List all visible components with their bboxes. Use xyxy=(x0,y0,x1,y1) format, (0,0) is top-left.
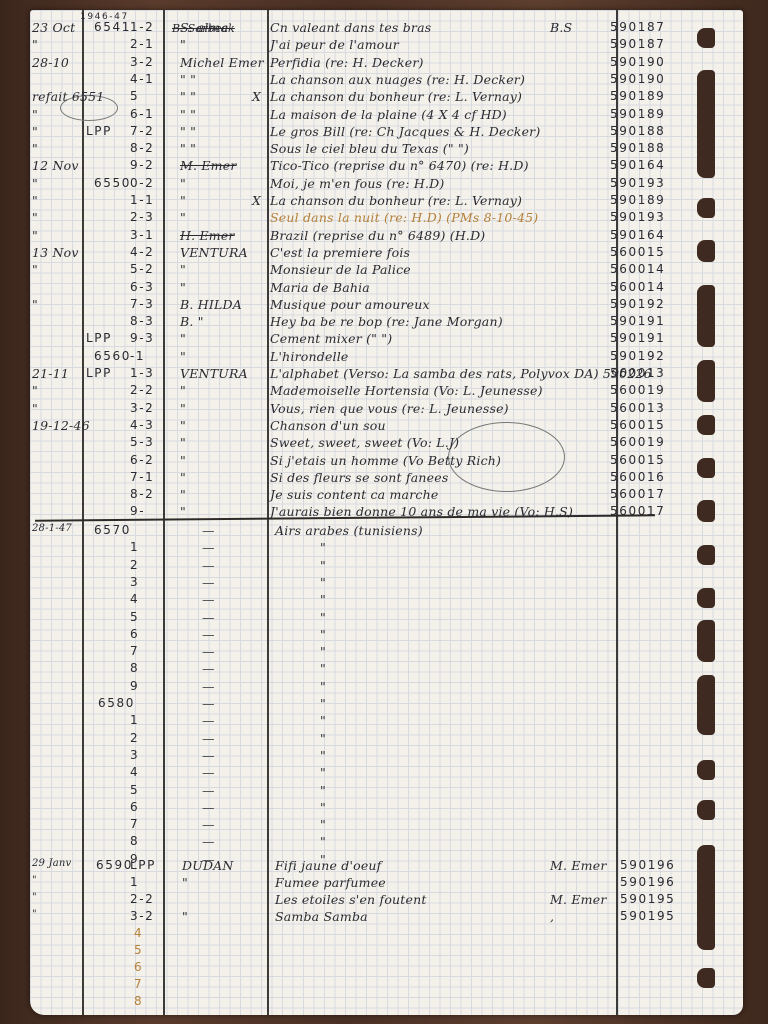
row-artist: VENTURA xyxy=(180,245,248,260)
block-take: 4 xyxy=(130,765,139,779)
row-catalog: 590190 xyxy=(610,72,665,86)
row-performer: M. Emer xyxy=(550,892,607,907)
binder-hole xyxy=(697,968,715,988)
row-artist: " xyxy=(180,383,186,398)
row-catalog: 590188 xyxy=(610,141,665,155)
empty-take: 4 xyxy=(134,926,143,940)
row-matrix: 6590 xyxy=(96,858,133,872)
row-take: 1 xyxy=(130,875,139,889)
row-take: 4-3 xyxy=(130,418,154,432)
artist-dash: — xyxy=(202,523,215,538)
row-catalog: 590196 xyxy=(620,875,675,889)
row-take: 2-3 xyxy=(130,210,154,224)
row-take: 8-2 xyxy=(130,141,154,155)
ditto-mark: " xyxy=(320,644,326,659)
row-artist: B. " xyxy=(180,314,204,329)
row-take: 7-2 xyxy=(130,124,154,138)
row-title: Fumee parfumee xyxy=(275,875,386,890)
block-matrix: 6580 xyxy=(98,696,135,710)
block-take: 7 xyxy=(130,644,139,658)
row-date: " xyxy=(32,892,37,903)
row-catalog: 590195 xyxy=(620,909,675,923)
row-catalog: 590189 xyxy=(610,107,665,121)
row-take: 5 xyxy=(130,89,139,103)
row-title: Samba Samba xyxy=(275,909,368,924)
block-take: 6 xyxy=(130,800,139,814)
artist-dash: — xyxy=(202,592,215,607)
artist-dash: — xyxy=(202,558,215,573)
binder-hole xyxy=(697,458,715,478)
block-take: 3 xyxy=(130,575,139,589)
row-take: 5-2 xyxy=(130,262,154,276)
block-take: 5 xyxy=(130,783,139,797)
row-catalog: 590192 xyxy=(610,349,665,363)
ditto-mark: " xyxy=(320,713,326,728)
row-take: 3-1 xyxy=(130,228,154,242)
row-date: " xyxy=(32,262,38,277)
artist-dash: — xyxy=(202,540,215,555)
row-title: Tico-Tico (reprise du n° 6470) (re: H.D) xyxy=(270,158,529,173)
row-take: 9-2 xyxy=(130,158,154,172)
row-catalog: 590187 xyxy=(610,20,665,34)
ditto-mark: " xyxy=(320,834,326,849)
row-artist: " xyxy=(180,210,186,225)
row-date: 12 Nov xyxy=(32,158,79,173)
row-catalog: 590196 xyxy=(620,858,675,872)
row-title: Hey ba be re bop (re: Jane Morgan) xyxy=(270,314,503,329)
block-take: 9 xyxy=(130,679,139,693)
row-catalog: 590193 xyxy=(610,210,665,224)
row-take: 1-3 xyxy=(130,366,154,380)
row-mark: X xyxy=(252,193,261,208)
row-title: La maison de la plaine (4 X 4 cf HD) xyxy=(270,107,507,122)
row-artist: " xyxy=(180,331,186,346)
row-take: 3-2 xyxy=(130,401,154,415)
binder-hole xyxy=(697,285,715,347)
binder-hole xyxy=(697,240,715,262)
row-title: L'hirondelle xyxy=(270,349,349,364)
block-take: 2 xyxy=(130,558,139,572)
row-artist: " " xyxy=(180,107,196,122)
binder-hole xyxy=(697,360,715,402)
row-title: Chanson d'un sou xyxy=(270,418,386,433)
column-divider xyxy=(267,10,269,1015)
block-take: 1 xyxy=(130,713,139,727)
block-take: 7 xyxy=(130,817,139,831)
row-title: Sous le ciel bleu du Texas (" ") xyxy=(270,141,469,156)
row-date: " xyxy=(32,401,38,416)
row-take: -1 xyxy=(130,349,145,363)
artist-dash: — xyxy=(202,627,215,642)
row-take: 9-3 xyxy=(130,331,154,345)
binder-hole xyxy=(697,675,715,735)
row-take: 1-1 xyxy=(130,193,154,207)
row-title: Cement mixer (" ") xyxy=(270,331,392,346)
block-take: 8 xyxy=(130,834,139,848)
row-catalog: 560014 xyxy=(610,280,665,294)
block-take: 8 xyxy=(130,661,139,675)
row-date: " xyxy=(32,210,38,225)
empty-take: 7 xyxy=(134,977,143,991)
row-catalog: 590191 xyxy=(610,331,665,345)
row-title: J'aurais bien donne 10 ans de ma vie (Vo… xyxy=(270,504,573,519)
row-title: Seul dans la nuit (re: H.D) (PMs 8-10-45… xyxy=(270,210,538,225)
block-take: 5 xyxy=(130,610,139,624)
row-title: Si j'etais un homme (Vo Betty Rich) xyxy=(270,453,501,468)
empty-take: 6 xyxy=(134,960,143,974)
row-take: 3-2 xyxy=(130,55,154,69)
row-catalog: 560017 xyxy=(610,487,665,501)
row-catalog: 560017 xyxy=(610,504,665,518)
row-artist: " xyxy=(180,349,186,364)
row-matrix: 6560 xyxy=(94,349,131,363)
block-take: 2 xyxy=(130,731,139,745)
row-title: La chanson du bonheur (re: L. Vernay) xyxy=(270,89,522,104)
row-performer: , xyxy=(550,909,554,924)
block-take: 4 xyxy=(130,592,139,606)
row-artist: " xyxy=(180,453,186,468)
binder-hole xyxy=(697,588,715,608)
binder-hole xyxy=(697,198,715,218)
artist-dash: — xyxy=(202,575,215,590)
artist-dash: — xyxy=(202,834,215,849)
row-catalog: 560015 xyxy=(610,453,665,467)
row-title: Fifi jaune d'oeuf xyxy=(275,858,382,873)
row-title: L'alphabet (Verso: La samba des rats, Po… xyxy=(270,366,652,381)
row-mark: X xyxy=(252,89,261,104)
row-artist: " xyxy=(180,193,186,208)
empty-take: 8 xyxy=(134,994,143,1008)
row-date: " xyxy=(32,228,38,243)
row-take: 6-3 xyxy=(130,280,154,294)
row-date: " xyxy=(32,383,38,398)
row-title: Musique pour amoureux xyxy=(270,297,430,312)
row-artist: " xyxy=(180,262,186,277)
row-catalog: 590190 xyxy=(610,55,665,69)
row-artist: S. alma xyxy=(180,20,228,35)
row-catalog: 560015 xyxy=(610,418,665,432)
row-catalog: 590192 xyxy=(610,297,665,311)
row-catalog: 560019 xyxy=(610,383,665,397)
row-date: refait 6551 xyxy=(32,89,104,104)
row-take: 3-2 xyxy=(130,909,154,923)
row-artist: " xyxy=(180,504,186,519)
row-take: 6-2 xyxy=(130,453,154,467)
column-divider xyxy=(163,10,165,1015)
row-artist: " " xyxy=(180,141,196,156)
row-catalog: 560019 xyxy=(610,435,665,449)
ditto-mark: " xyxy=(320,783,326,798)
row-artist: " " xyxy=(180,89,196,104)
row-take: 6-1 xyxy=(130,107,154,121)
row-date: " xyxy=(32,107,38,122)
row-take: 5-3 xyxy=(130,435,154,449)
row-take: 2-2 xyxy=(130,892,154,906)
binder-hole xyxy=(697,415,715,435)
artist-dash: — xyxy=(202,661,215,676)
row-catalog: 590187 xyxy=(610,37,665,51)
block-take: 6 xyxy=(130,627,139,641)
ledger-page: 1946-47 B. Sarbeck B.S 23 Oct65411-2S. a… xyxy=(30,10,743,1015)
row-title: La chanson du bonheur (re: L. Vernay) xyxy=(270,193,522,208)
ditto-mark: " xyxy=(320,575,326,590)
row-artist: " xyxy=(182,875,188,890)
row-artist: " " xyxy=(180,72,196,87)
ditto-mark: " xyxy=(320,661,326,676)
binder-hole xyxy=(697,500,715,522)
row-take: 7-3 xyxy=(130,297,154,311)
row-artist: " xyxy=(180,401,186,416)
row-artist: Michel Emer xyxy=(180,55,264,70)
block-matrix: 6570 xyxy=(94,523,131,537)
row-take: 1-2 xyxy=(130,20,154,34)
row-date: " xyxy=(32,193,38,208)
row-title: Mademoiselle Hortensia (Vo: L. Jeunesse) xyxy=(270,383,543,398)
row-title: Je suis content ca marche xyxy=(270,487,438,502)
artist-dash: — xyxy=(202,731,215,746)
ditto-mark: " xyxy=(320,696,326,711)
row-title: La chanson aux nuages (re: H. Decker) xyxy=(270,72,525,87)
row-catalog: 560014 xyxy=(610,262,665,276)
row-artist: " xyxy=(182,909,188,924)
row-title: C'est la premiere fois xyxy=(270,245,410,260)
row-artist: M. Emer xyxy=(180,158,237,173)
binder-hole xyxy=(697,845,715,950)
empty-take: 5 xyxy=(134,943,143,957)
row-date: " xyxy=(32,875,37,886)
row-catalog: 560013 xyxy=(610,401,665,415)
artist-dash: — xyxy=(202,800,215,815)
row-title: Si des fleurs se sont fanees xyxy=(270,470,448,485)
block-take: 3 xyxy=(130,748,139,762)
row-take: 7-1 xyxy=(130,470,154,484)
artist-dash: — xyxy=(202,610,215,625)
row-catalog: 590193 xyxy=(610,176,665,190)
row-date: " xyxy=(32,124,38,139)
binder-hole xyxy=(697,70,715,178)
row-artist: " xyxy=(180,176,186,191)
row-performer: M. Emer xyxy=(550,858,607,873)
row-title: Vous, rien que vous (re: L. Jeunesse) xyxy=(270,401,509,416)
row-catalog: 590188 xyxy=(610,124,665,138)
binder-hole xyxy=(697,760,715,780)
row-date: 23 Oct xyxy=(32,20,75,35)
binder-hole xyxy=(697,800,715,820)
row-catalog: 590164 xyxy=(610,228,665,242)
ditto-mark: " xyxy=(320,558,326,573)
row-take: LPP xyxy=(130,858,156,872)
ditto-mark: " xyxy=(320,540,326,555)
binder-hole xyxy=(697,620,715,662)
row-catalog: 560015 xyxy=(610,245,665,259)
row-date: 13 Nov xyxy=(32,245,79,260)
row-take: 0-2 xyxy=(130,176,154,190)
row-catalog: 590189 xyxy=(610,89,665,103)
row-title: Maria de Bahia xyxy=(270,280,370,295)
row-catalog: 560013 xyxy=(610,366,665,380)
ditto-mark: " xyxy=(320,817,326,832)
row-artist: " xyxy=(180,280,186,295)
artist-dash: — xyxy=(202,696,215,711)
row-date: 19-12-46 xyxy=(32,418,90,433)
row-catalog: 590164 xyxy=(610,158,665,172)
block-date: 28-1-47 xyxy=(32,523,72,534)
ditto-mark: " xyxy=(320,765,326,780)
block-title: Airs arabes (tunisiens) xyxy=(275,523,423,538)
row-date: " xyxy=(32,909,37,920)
row-artist: " xyxy=(180,470,186,485)
block-take: 1 xyxy=(130,540,139,554)
row-matrix: LPP xyxy=(86,124,112,138)
row-title: Moi, je m'en fous (re: H.D) xyxy=(270,176,444,191)
row-artist: H. Emer xyxy=(180,228,235,243)
row-catalog: 560016 xyxy=(610,470,665,484)
row-artist: VENTURA xyxy=(180,366,248,381)
row-title: Sweet, sweet, sweet (Vo: L.J) xyxy=(270,435,459,450)
row-artist: " xyxy=(180,487,186,502)
row-date: " xyxy=(32,297,38,312)
row-artist: DUDAN xyxy=(182,858,234,873)
row-matrix: 6550 xyxy=(94,176,131,190)
ditto-mark: " xyxy=(320,610,326,625)
row-catalog: 590191 xyxy=(610,314,665,328)
artist-dash: — xyxy=(202,644,215,659)
row-take: 8-3 xyxy=(130,314,154,328)
row-date: 29 Janv xyxy=(32,858,71,869)
binder-hole xyxy=(697,28,715,48)
row-take: 2-2 xyxy=(130,383,154,397)
ditto-mark: " xyxy=(320,800,326,815)
ditto-mark: " xyxy=(320,592,326,607)
row-artist: B. HILDA xyxy=(180,297,242,312)
row-take: 4-1 xyxy=(130,72,154,86)
artist-dash: — xyxy=(202,765,215,780)
row-take: 8-2 xyxy=(130,487,154,501)
row-date: " xyxy=(32,37,38,52)
row-date: " xyxy=(32,176,38,191)
row-matrix: 6541 xyxy=(94,20,131,34)
row-title: Cn valeant dans tes bras xyxy=(270,20,431,35)
row-title: Brazil (reprise du n° 6489) (H.D) xyxy=(270,228,485,243)
ditto-mark: " xyxy=(320,748,326,763)
row-take: 2-1 xyxy=(130,37,154,51)
row-matrix: LPP xyxy=(86,366,112,380)
row-take: 4-2 xyxy=(130,245,154,259)
artist-dash: — xyxy=(202,713,215,728)
row-artist: " xyxy=(180,37,186,52)
row-date: " xyxy=(32,141,38,156)
ditto-mark: " xyxy=(320,627,326,642)
row-catalog: 590195 xyxy=(620,892,675,906)
row-date: 21-11 xyxy=(32,366,69,381)
row-artist: " " xyxy=(180,124,196,139)
artist-dash: — xyxy=(202,817,215,832)
row-title: J'ai peur de l'amour xyxy=(270,37,399,52)
artist-dash: — xyxy=(202,748,215,763)
row-title: Les etoiles s'en foutent xyxy=(275,892,427,907)
artist-dash: — xyxy=(202,679,215,694)
row-catalog: 590189 xyxy=(610,193,665,207)
row-title: Le gros Bill (re: Ch Jacques & H. Decker… xyxy=(270,124,540,139)
row-take: 9- xyxy=(130,504,145,518)
column-divider xyxy=(82,10,84,1015)
artist-dash: — xyxy=(202,783,215,798)
row-artist: " xyxy=(180,435,186,450)
row-artist: " xyxy=(180,418,186,433)
row-date: 28-10 xyxy=(32,55,69,70)
ditto-mark: " xyxy=(320,679,326,694)
row-title: Monsieur de la Palice xyxy=(270,262,411,277)
row-matrix: LPP xyxy=(86,331,112,345)
row-title: Perfidia (re: H. Decker) xyxy=(270,55,424,70)
label-code: B.S xyxy=(550,20,572,35)
binder-hole xyxy=(697,545,715,565)
ditto-mark: " xyxy=(320,731,326,746)
